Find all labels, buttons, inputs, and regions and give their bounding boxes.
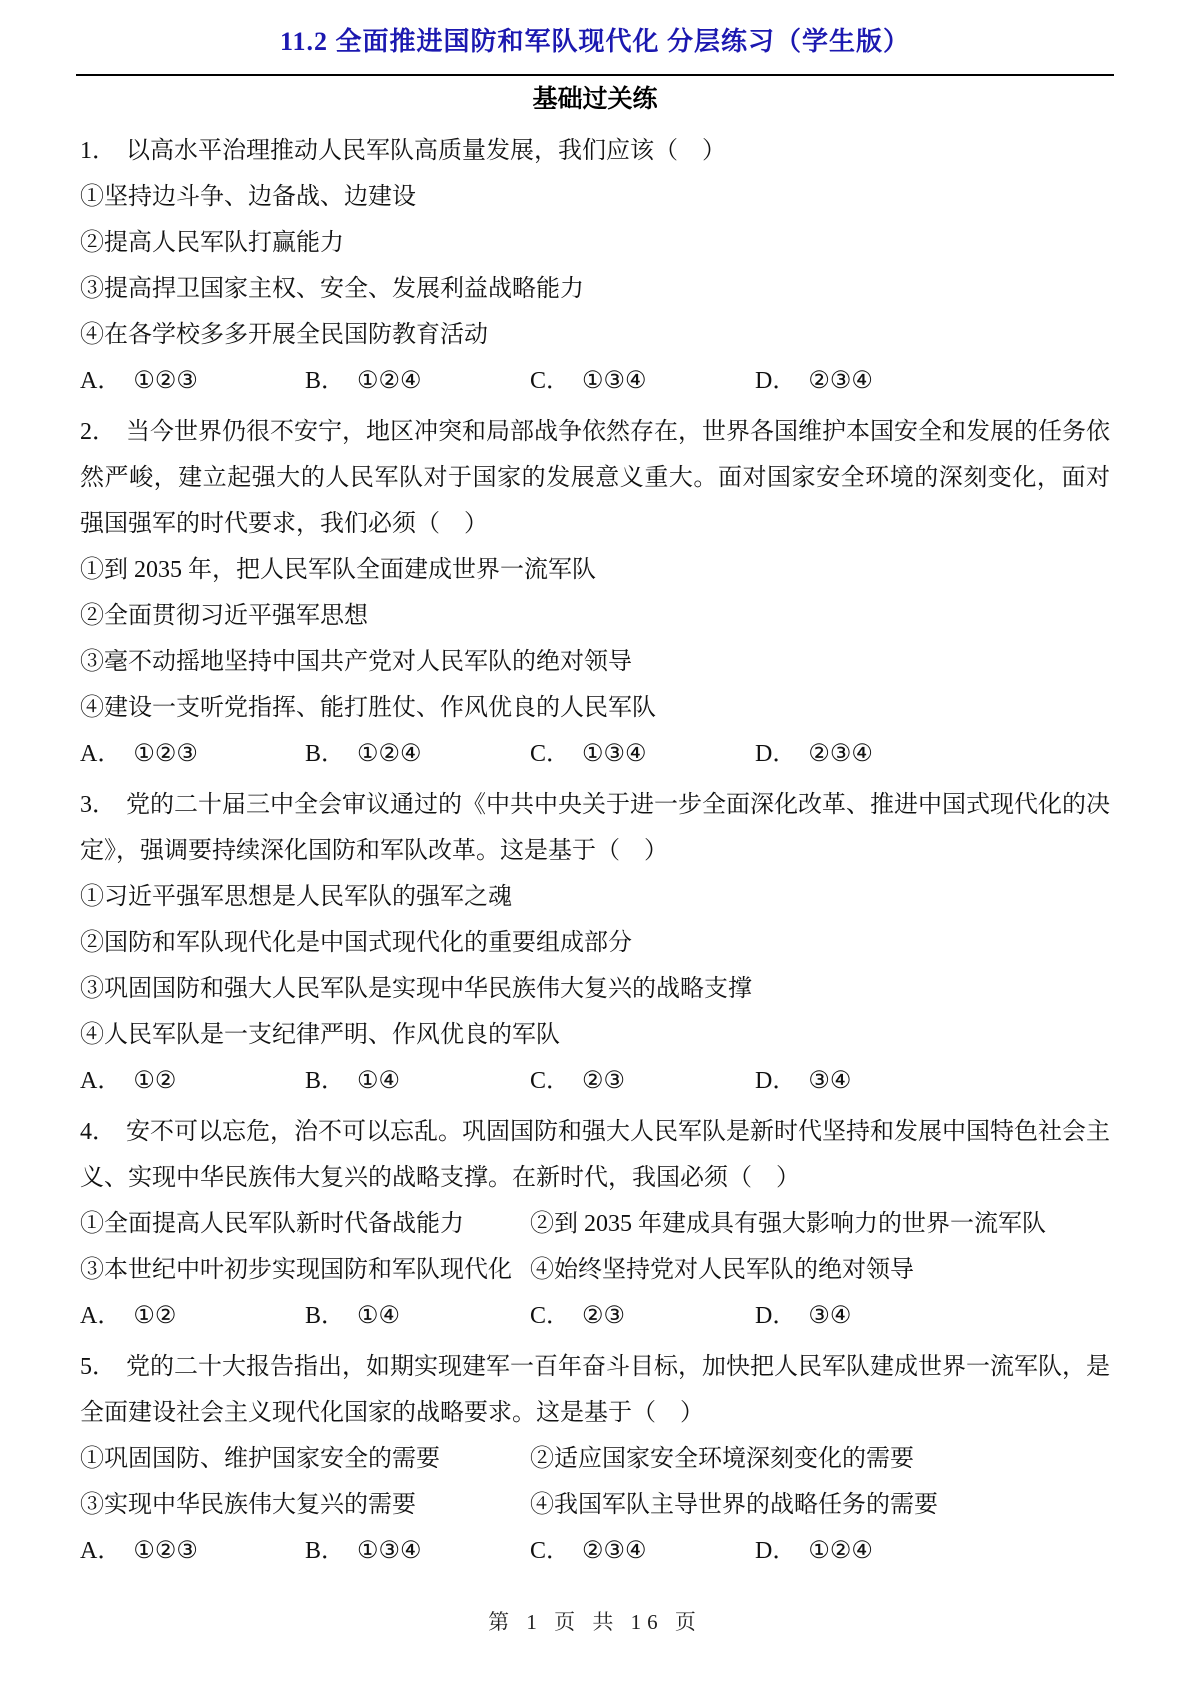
choice-label: A． <box>80 1068 121 1094</box>
choice-value: ①②③ <box>133 368 198 394</box>
answer-choice-A: A．①②③ <box>80 1528 305 1574</box>
choice-label: A． <box>80 1303 121 1329</box>
answer-choice-C: C．②③ <box>530 1293 755 1339</box>
choice-label: A． <box>80 368 121 394</box>
question-item: ④始终坚持党对人民军队的绝对领导 <box>530 1247 1110 1293</box>
answer-choice-A: A．①②③ <box>80 731 305 777</box>
question-item: ①坚持边斗争、边备战、边建设 <box>80 174 1110 220</box>
question-item: ②适应国家安全环境深刻变化的需要 <box>530 1436 1110 1482</box>
choice-label: D． <box>755 1303 796 1329</box>
answer-choice-D: D．②③④ <box>755 731 1110 777</box>
question-number: 1． <box>80 138 116 164</box>
choice-value: ①②④ <box>808 1538 873 1564</box>
choice-label: C． <box>530 368 570 394</box>
answer-choice-C: C．①③④ <box>530 358 755 404</box>
answer-choices: A．①②B．①④C．②③D．③④ <box>80 1058 1110 1104</box>
choice-label: B． <box>305 741 345 767</box>
answer-choice-B: B．①④ <box>305 1058 530 1104</box>
choice-label: D． <box>755 1068 796 1094</box>
answer-choice-C: C．②③④ <box>530 1528 755 1574</box>
choice-value: ③④ <box>808 1068 851 1094</box>
question-stem: 4．安不可以忘危，治不可以忘乱。巩固国防和强大人民军队是新时代坚持和发展中国特色… <box>80 1109 1110 1201</box>
choice-value: ①②③ <box>133 741 198 767</box>
choice-label: D． <box>755 368 796 394</box>
question-number: 5． <box>80 1354 116 1380</box>
question-items: ①巩固国防、维护国家安全的需要②适应国家安全环境深刻变化的需要③实现中华民族伟大… <box>80 1436 1110 1528</box>
question-3: 3．党的二十届三中全会审议通过的《中共中央关于进一步全面深化改革、推进中国式现代… <box>80 782 1110 1104</box>
choice-label: C． <box>530 1068 570 1094</box>
choice-value: ①②④ <box>357 741 422 767</box>
question-items: ①坚持边斗争、边备战、边建设②提高人民军队打赢能力③提高捍卫国家主权、安全、发展… <box>80 174 1110 358</box>
choice-label: C． <box>530 1538 570 1564</box>
title-divider <box>76 74 1114 76</box>
question-stem: 3．党的二十届三中全会审议通过的《中共中央关于进一步全面深化改革、推进中国式现代… <box>80 782 1110 874</box>
choice-label: C． <box>530 1303 570 1329</box>
question-item: ③巩固国防和强大人民军队是实现中华民族伟大复兴的战略支撑 <box>80 966 1110 1012</box>
answer-choices: A．①②③B．①②④C．①③④D．②③④ <box>80 731 1110 777</box>
question-2: 2．当今世界仍很不安宁，地区冲突和局部战争依然存在，世界各国维护本国安全和发展的… <box>80 409 1110 777</box>
question-item: ③提高捍卫国家主权、安全、发展利益战略能力 <box>80 266 1110 312</box>
choice-value: ③④ <box>808 1303 851 1329</box>
choice-value: ①④ <box>357 1068 400 1094</box>
question-item: ③毫不动摇地坚持中国共产党对人民军队的绝对领导 <box>80 639 1110 685</box>
choice-label: A． <box>80 741 121 767</box>
question-5: 5．党的二十大报告指出，如期实现建军一百年奋斗目标，加快把人民军队建成世界一流军… <box>80 1344 1110 1574</box>
question-item: ①习近平强军思想是人民军队的强军之魂 <box>80 874 1110 920</box>
answer-choice-A: A．①② <box>80 1058 305 1104</box>
question-item: ④在各学校多多开展全民国防教育活动 <box>80 312 1110 358</box>
question-item: ④我国军队主导世界的战略任务的需要 <box>530 1482 1110 1528</box>
choice-label: D． <box>755 1538 796 1564</box>
question-stem: 1．以高水平治理推动人民军队高质量发展，我们应该（ ） <box>80 128 1110 174</box>
answer-choice-D: D．③④ <box>755 1293 1110 1339</box>
question-number: 4． <box>80 1119 116 1145</box>
choice-value: ②③ <box>582 1303 625 1329</box>
question-item: ①巩固国防、维护国家安全的需要 <box>80 1436 530 1482</box>
choice-value: ①③④ <box>582 368 647 394</box>
choice-value: ①③④ <box>582 741 647 767</box>
question-item: ③本世纪中叶初步实现国防和军队现代化 <box>80 1247 530 1293</box>
question-item: ④建设一支听党指挥、能打胜仗、作风优良的人民军队 <box>80 685 1110 731</box>
page-header: 11.2 全面推进国防和军队现代化 分层练习（学生版） 基础过关练 <box>80 24 1110 116</box>
question-item: ①全面提高人民军队新时代备战能力 <box>80 1201 530 1247</box>
question-item: ①到 2035 年，把人民军队全面建成世界一流军队 <box>80 547 1110 593</box>
answer-choices: A．①②③B．①②④C．①③④D．②③④ <box>80 358 1110 404</box>
choice-value: ①②③ <box>133 1538 198 1564</box>
question-item: ②全面贯彻习近平强军思想 <box>80 593 1110 639</box>
question-number: 2． <box>80 419 116 445</box>
choice-label: A． <box>80 1538 121 1564</box>
answer-choice-B: B．①③④ <box>305 1528 530 1574</box>
answer-choice-B: B．①②④ <box>305 358 530 404</box>
question-number: 3． <box>80 792 116 818</box>
question-item: ②到 2035 年建成具有强大影响力的世界一流军队 <box>530 1201 1110 1247</box>
choice-value: ②③④ <box>808 741 873 767</box>
choice-label: B． <box>305 368 345 394</box>
section-heading: 基础过关练 <box>80 84 1110 116</box>
question-items: ①到 2035 年，把人民军队全面建成世界一流军队②全面贯彻习近平强军思想③毫不… <box>80 547 1110 731</box>
choice-value: ①③④ <box>357 1538 422 1564</box>
question-4: 4．安不可以忘危，治不可以忘乱。巩固国防和强大人民军队是新时代坚持和发展中国特色… <box>80 1109 1110 1339</box>
choice-value: ①②④ <box>357 368 422 394</box>
question-stem: 2．当今世界仍很不安宁，地区冲突和局部战争依然存在，世界各国维护本国安全和发展的… <box>80 409 1110 547</box>
question-1: 1．以高水平治理推动人民军队高质量发展，我们应该（ ）①坚持边斗争、边备战、边建… <box>80 128 1110 404</box>
choice-value: ①④ <box>357 1303 400 1329</box>
choice-label: B． <box>305 1068 345 1094</box>
choice-value: ②③④ <box>808 368 873 394</box>
choice-label: C． <box>530 741 570 767</box>
question-item: ②提高人民军队打赢能力 <box>80 220 1110 266</box>
choice-label: B． <box>305 1538 345 1564</box>
question-items: ①全面提高人民军队新时代备战能力②到 2035 年建成具有强大影响力的世界一流军… <box>80 1201 1110 1293</box>
answer-choices: A．①②B．①④C．②③D．③④ <box>80 1293 1110 1339</box>
worksheet-page: 11.2 全面推进国防和军队现代化 分层练习（学生版） 基础过关练 1．以高水平… <box>0 0 1190 1682</box>
question-items: ①习近平强军思想是人民军队的强军之魂②国防和军队现代化是中国式现代化的重要组成部… <box>80 874 1110 1058</box>
question-item: ③实现中华民族伟大复兴的需要 <box>80 1482 530 1528</box>
answer-choice-D: D．②③④ <box>755 358 1110 404</box>
answer-choice-A: A．①② <box>80 1293 305 1339</box>
page-title: 11.2 全面推进国防和军队现代化 分层练习（学生版） <box>80 24 1110 60</box>
answer-choice-B: B．①②④ <box>305 731 530 777</box>
answer-choice-C: C．②③ <box>530 1058 755 1104</box>
choice-label: B． <box>305 1303 345 1329</box>
question-item: ④人民军队是一支纪律严明、作风优良的军队 <box>80 1012 1110 1058</box>
answer-choice-B: B．①④ <box>305 1293 530 1339</box>
answer-choice-A: A．①②③ <box>80 358 305 404</box>
choice-label: D． <box>755 741 796 767</box>
choice-value: ②③ <box>582 1068 625 1094</box>
answer-choices: A．①②③B．①③④C．②③④D．①②④ <box>80 1528 1110 1574</box>
answer-choice-D: D．①②④ <box>755 1528 1110 1574</box>
page-footer: 第 1 页 共 16 页 <box>0 1606 1190 1636</box>
answer-choice-D: D．③④ <box>755 1058 1110 1104</box>
answer-choice-C: C．①③④ <box>530 731 755 777</box>
choice-value: ①② <box>133 1303 176 1329</box>
choice-value: ②③④ <box>582 1538 647 1564</box>
questions-list: 1．以高水平治理推动人民军队高质量发展，我们应该（ ）①坚持边斗争、边备战、边建… <box>80 128 1110 1574</box>
choice-value: ①② <box>133 1068 176 1094</box>
question-item: ②国防和军队现代化是中国式现代化的重要组成部分 <box>80 920 1110 966</box>
question-stem: 5．党的二十大报告指出，如期实现建军一百年奋斗目标，加快把人民军队建成世界一流军… <box>80 1344 1110 1436</box>
